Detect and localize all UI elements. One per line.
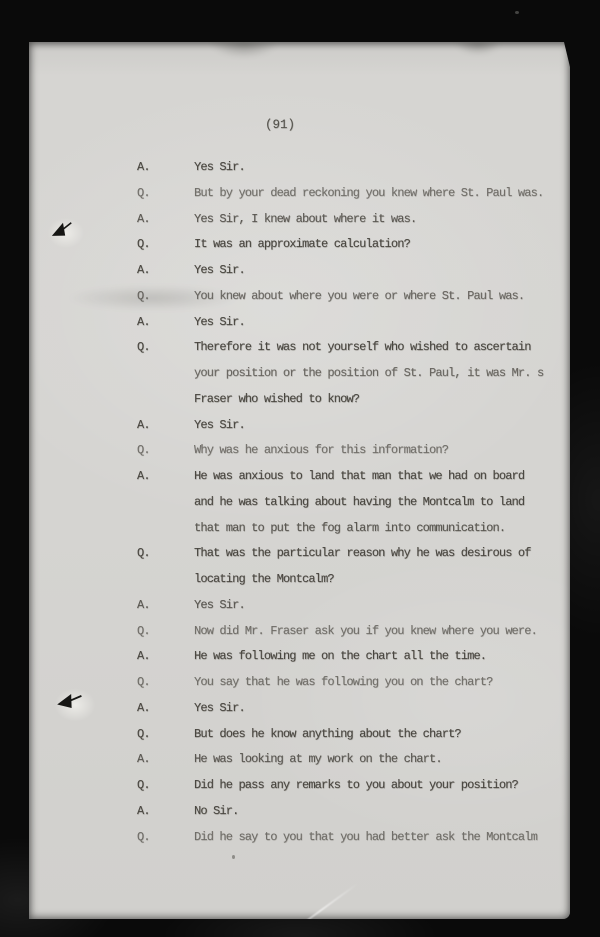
- transcript-line: A.He was looking at my work on the chart…: [29, 752, 570, 778]
- transcript-line: A.Yes Sir, I knew about where it was.: [29, 212, 570, 238]
- speaker-label: Q.: [137, 186, 150, 200]
- line-text: Yes Sir.: [194, 160, 245, 174]
- document-page: (91) A.Yes Sir.Q.But by your dead reckon…: [29, 42, 570, 919]
- transcript-line: A.Yes Sir.: [29, 315, 570, 341]
- speaker-label: A.: [137, 649, 150, 663]
- transcript-line: Q.Did he pass any remarks to you about y…: [29, 778, 570, 804]
- speaker-label: A.: [137, 212, 150, 226]
- speaker-label: A.: [137, 598, 150, 612]
- transcript-line: Q.Therefore it was not yourself who wish…: [29, 340, 570, 366]
- line-text: and he was talking about having the Mont…: [194, 495, 524, 509]
- speaker-label: Q.: [137, 237, 150, 251]
- paper-stain: [209, 42, 279, 58]
- line-text: He was looking at my work on the chart.: [194, 752, 442, 766]
- speaker-label: A.: [137, 418, 150, 432]
- transcript-line: A.Yes Sir.: [29, 701, 570, 727]
- transcript-line: A.He was following me on the chart all t…: [29, 649, 570, 675]
- transcript-line: that man to put the fog alarm into commu…: [29, 521, 570, 547]
- transcript-line: Q.Why was he anxious for this informatio…: [29, 443, 570, 469]
- line-text: Did he pass any remarks to you about you…: [194, 778, 518, 792]
- line-text: You say that he was following you on the…: [194, 675, 493, 689]
- speaker-label: A.: [137, 469, 150, 483]
- line-text: Yes Sir.: [194, 418, 245, 432]
- line-text: He was anxious to land that man that we …: [194, 469, 524, 483]
- speaker-label: A.: [137, 315, 150, 329]
- transcript-line: Fraser who wished to know?: [29, 392, 570, 418]
- speaker-label: A.: [137, 160, 150, 174]
- paper-stain: [454, 42, 502, 55]
- speaker-label: Q.: [137, 830, 150, 844]
- transcript-line: A.He was anxious to land that man that w…: [29, 469, 570, 495]
- speaker-label: A.: [137, 263, 150, 277]
- speaker-label: A.: [137, 752, 150, 766]
- line-text: your position or the position of St. Pau…: [194, 366, 543, 380]
- line-text: But by your dead reckoning you knew wher…: [194, 186, 543, 200]
- line-text: Yes Sir.: [194, 263, 245, 277]
- line-text: locating the Montcalm?: [194, 572, 334, 586]
- paper-crease: [282, 883, 358, 937]
- transcript-line: Q.Now did Mr. Fraser ask you if you knew…: [29, 624, 570, 650]
- line-text: that man to put the fog alarm into commu…: [194, 521, 505, 535]
- paper-stain: [67, 285, 239, 311]
- line-text: You knew about where you were or where S…: [194, 289, 524, 303]
- transcript-line: Q.It was an approximate calculation?: [29, 237, 570, 263]
- line-text: But does he know anything about the char…: [194, 727, 461, 741]
- line-text: Yes Sir.: [194, 315, 245, 329]
- page-number: (91): [265, 118, 295, 132]
- transcript-line: your position or the position of St. Pau…: [29, 366, 570, 392]
- transcript-line: A.No Sir.: [29, 804, 570, 830]
- transcript-line: Q.But by your dead reckoning you knew wh…: [29, 186, 570, 212]
- transcript-line: Q.You say that he was following you on t…: [29, 675, 570, 701]
- line-text: Why was he anxious for this information?: [194, 443, 448, 457]
- line-text: Yes Sir, I knew about where it was.: [194, 212, 416, 226]
- line-text: Fraser who wished to know?: [194, 392, 359, 406]
- speaker-label: Q.: [137, 727, 150, 741]
- speaker-label: Q.: [137, 778, 150, 792]
- speaker-label: Q.: [137, 443, 150, 457]
- speaker-label: Q.: [137, 624, 150, 638]
- transcript-line: and he was talking about having the Mont…: [29, 495, 570, 521]
- transcript-line: A.Yes Sir.: [29, 160, 570, 186]
- scanned-document: (91) A.Yes Sir.Q.But by your dead reckon…: [0, 0, 600, 937]
- line-text: Did he say to you that you had better as…: [194, 830, 537, 844]
- speaker-label: Q.: [137, 675, 150, 689]
- ink-speck: [232, 855, 235, 859]
- scan-speck: [515, 11, 519, 14]
- transcript-line: A.Yes Sir.: [29, 418, 570, 444]
- line-text: He was following me on the chart all the…: [194, 649, 486, 663]
- speaker-label: A.: [137, 804, 150, 818]
- speaker-label: Q.: [137, 546, 150, 560]
- line-text: No Sir.: [194, 804, 238, 818]
- transcript-line: locating the Montcalm?: [29, 572, 570, 598]
- transcript-line: Q.But does he know anything about the ch…: [29, 727, 570, 753]
- arrow-ink-mark-icon: [54, 688, 88, 715]
- speaker-label: Q.: [137, 340, 150, 354]
- transcript-line: Q.That was the particular reason why he …: [29, 546, 570, 572]
- line-text: Yes Sir.: [194, 598, 245, 612]
- line-text: Yes Sir.: [194, 701, 245, 715]
- line-text: That was the particular reason why he wa…: [194, 546, 531, 560]
- transcript-line: Q.Did he say to you that you had better …: [29, 830, 570, 856]
- transcript: A.Yes Sir.Q.But by your dead reckoning y…: [29, 160, 570, 855]
- transcript-line: A.Yes Sir.: [29, 598, 570, 624]
- line-text: It was an approximate calculation?: [194, 237, 410, 251]
- line-text: Now did Mr. Fraser ask you if you knew w…: [194, 624, 537, 638]
- speaker-label: A.: [137, 701, 150, 715]
- line-text: Therefore it was not yourself who wished…: [194, 340, 531, 354]
